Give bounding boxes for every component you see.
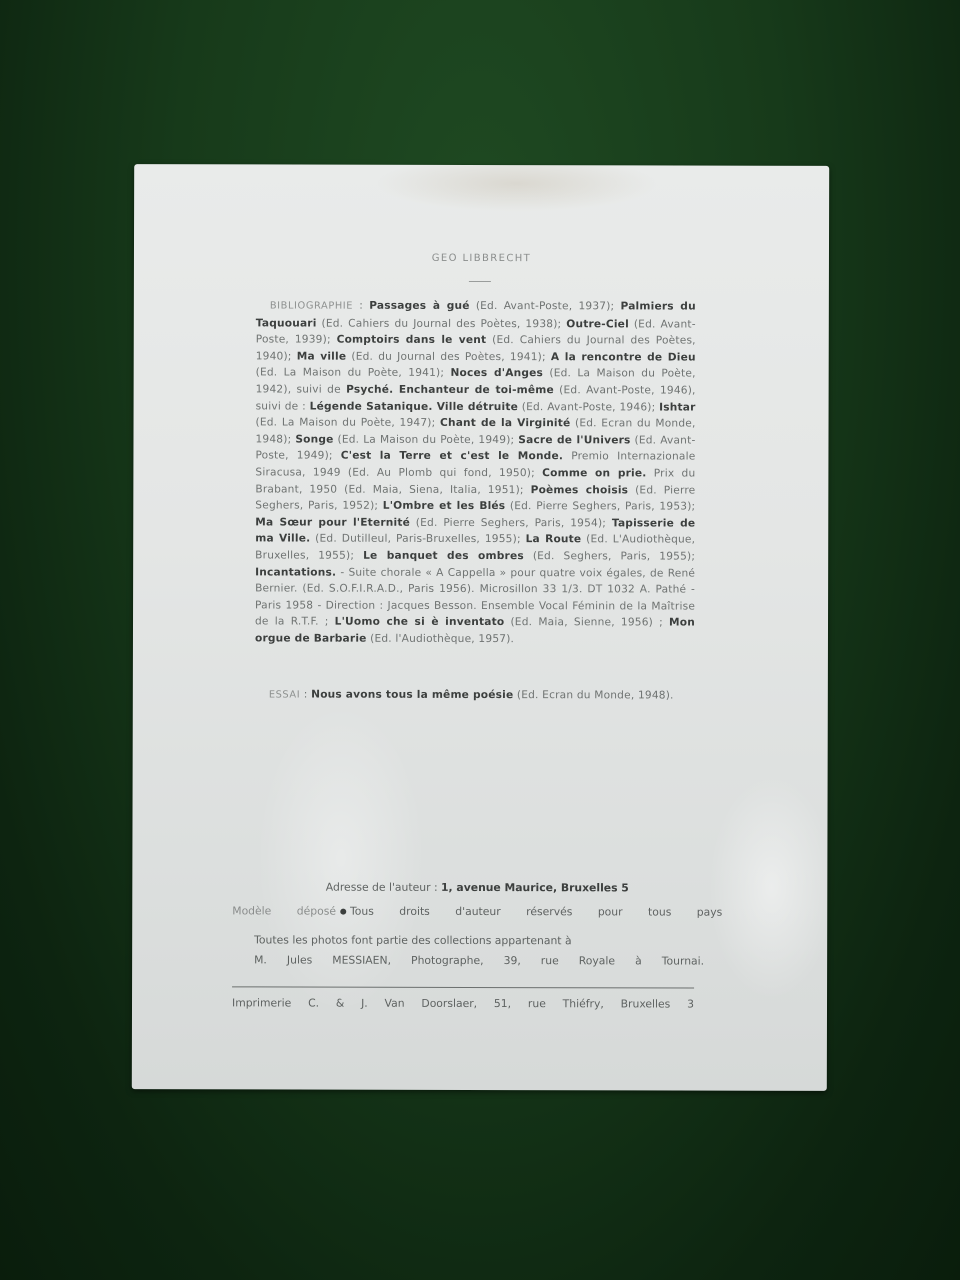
bibliography-detail: (Ed. l'Audiothèque, 1957). <box>367 633 515 645</box>
author-address: Adresse de l'auteur : 1, avenue Maurice,… <box>232 876 722 899</box>
bibliography-detail: (Ed. Maia, Sienne, 1956) ; <box>504 616 669 628</box>
essay-section: ESSAI : Nous avons tous la même poésie (… <box>255 686 695 705</box>
bibliography-entries: Passages à gué (Ed. Avant-Poste, 1937); … <box>255 300 696 645</box>
bibliography-title: Noces d'Anges <box>450 367 543 379</box>
bibliography-title: C'est la Terre et c'est le Monde. <box>341 450 563 463</box>
bibliography-label: BIBLIOGRAPHIE <box>270 300 353 311</box>
bibliography-title: Ma ville <box>297 350 347 362</box>
bibliography-title: Comme on prie. <box>542 467 646 479</box>
bibliography-section: BIBLIOGRAPHIE : Passages à gué (Ed. Avan… <box>255 297 696 648</box>
bibliography-title: Le banquet des ombres <box>363 550 524 562</box>
model-deposited: Modèle déposé <box>232 904 336 917</box>
bibliography-title: A la rencontre de Dieu <box>551 351 696 363</box>
bibliography-detail: (Ed. Pierre Seghers, Paris, 1953); <box>505 500 695 512</box>
bibliography-title: Outre-Ciel <box>566 318 629 330</box>
bibliography-detail: (Ed. Pierre Seghers, Paris, 1954); <box>410 517 612 530</box>
bibliography-detail: (Ed. Dutilleul, Paris-Bruxelles, 1955); <box>310 533 525 546</box>
bibliography-title: Ishtar <box>659 401 695 413</box>
photo-credits: Toutes les photos font partie des collec… <box>254 930 704 971</box>
printer-imprint: Imprimerie C. & J. Van Doorslaer, 51, ru… <box>232 992 694 1015</box>
bibliography-title: Chant de la Virginité <box>440 417 570 429</box>
title-divider <box>469 281 491 282</box>
bibliography-detail: (Ed. Seghers, Paris, 1955); <box>524 550 695 562</box>
essay-title: Nous avons tous la même poésie <box>311 689 513 702</box>
copyright-line: Modèle déposéTous droits d'auteur réserv… <box>232 900 722 923</box>
bibliography-title: Psyché. Enchanteur de toi-même <box>346 384 554 397</box>
bibliography-detail: (Ed. Cahiers du Journal des Poètes, 1938… <box>317 317 567 330</box>
essay-detail: (Ed. Ecran du Monde, 1948). <box>513 689 673 701</box>
essay-label: ESSAI <box>269 689 300 700</box>
bibliography-title: Comptoirs dans le vent <box>337 334 487 346</box>
bibliography-title: Légende Satanique. Ville détruite <box>310 400 518 413</box>
bibliography-detail: (Ed. La Maison du Poète, 1947); <box>256 417 440 429</box>
bibliography-detail: (Ed. La Maison du Poète, 1949); <box>334 433 519 445</box>
bibliography-detail: (Ed. du Journal des Poètes, 1941); <box>346 350 551 363</box>
address-value: 1, avenue Maurice, Bruxelles 5 <box>441 881 629 894</box>
bibliography-detail: (Ed. Avant-Poste, 1937); <box>470 300 621 312</box>
bibliography-title: Poèmes choisis <box>531 484 629 496</box>
bibliography-detail: (Ed. Avant-Poste, 1946); <box>518 401 659 413</box>
bullet-icon <box>340 909 346 915</box>
bibliography-title: La Route <box>526 533 582 545</box>
bibliography-title: L'Ombre et les Blés <box>383 500 506 512</box>
bibliography-title: Songe <box>295 433 333 445</box>
author-name: GEO LIBBRECHT <box>134 252 829 265</box>
rights-notice: Tous droits d'auteur réservés pour tous … <box>350 905 722 919</box>
bibliography-title: Incantations. <box>255 566 336 578</box>
footer-divider <box>232 986 694 988</box>
bibliography-title: L'Uomo che si è inventato <box>335 616 505 628</box>
bibliography-title: Passages à gué <box>369 300 469 312</box>
booklet-back-cover: GEO LIBBRECHT BIBLIOGRAPHIE : Passages à… <box>132 164 829 1091</box>
bibliography-detail: (Ed. La Maison du Poète, 1941); <box>256 367 451 380</box>
bibliography-title: Ma Sœur pour l'Eternité <box>255 516 410 528</box>
bibliography-title: Sacre de l'Univers <box>518 434 630 446</box>
